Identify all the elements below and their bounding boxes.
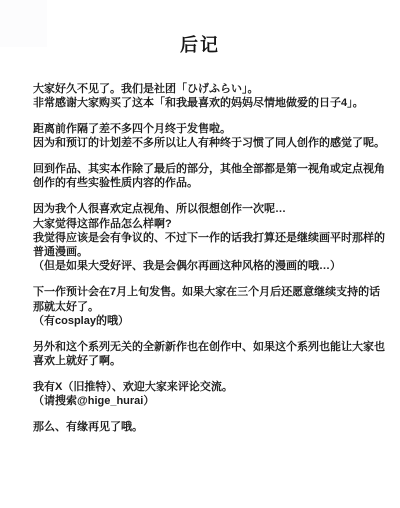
paragraph: 我有X（旧推特）、欢迎大家来评论交流。（请搜索@hige_hurai） [33,380,380,409]
paragraph: 那么、有缘再见了哦。 [33,420,380,434]
text-line: （有cosplay的哦） [33,314,380,328]
text-line: （但是如果大受好评、我是会偶尔再画这种风格的漫画的哦…） [33,259,380,273]
paragraph: 大家好久不见了。我们是社团「ひげふらい」。非常感谢大家购买了这本「和我最喜欢的妈… [33,82,380,111]
afterword-body: 大家好久不见了。我们是社团「ひげふらい」。非常感谢大家购买了这本「和我最喜欢的妈… [33,82,380,434]
text-line: 因为我个人很喜欢定点视角、所以很想创作一次呢… [33,202,380,216]
text-line: 我觉得应该是会有争议的、不过下一作的话我打算还是继续画平时那样的 [33,231,380,245]
text-line: 普通漫画。 [33,245,380,259]
text-line: （请搜索@hige_hurai） [33,394,380,408]
afterword-page: 后记 大家好久不见了。我们是社团「ひげふらい」。非常感谢大家购买了这本「和我最喜… [0,0,400,508]
paragraph: 另外和这个系列无关的全新新作也在创作中、如果这个系列也能让大家也喜欢上就好了啊。 [33,340,380,369]
text-line: 另外和这个系列无关的全新新作也在创作中、如果这个系列也能让大家也 [33,340,380,354]
text-line: 距离前作隔了差不多四个月终于发售啦。 [33,122,380,136]
page-title: 后记 [0,0,400,56]
text-line: 非常感谢大家购买了这本「和我最喜欢的妈妈尽情地做爱的日子4」。 [33,96,380,110]
text-line: 创作的有些实验性质内容的作品。 [33,176,380,190]
text-line: 下一作预计会在7月上旬发售。如果大家在三个月后还愿意继续支持的话 [33,285,380,299]
text-line: 大家觉得这部作品怎么样啊? [33,217,380,231]
text-line: 那么、有缘再见了哦。 [33,420,380,434]
scan-artifact [0,0,47,47]
text-line: 回到作品、其实本作除了最后的部分，其他全部都是第一视角或定点视角 [33,162,380,176]
text-line: 那就太好了。 [33,300,380,314]
paragraph: 因为我个人很喜欢定点视角、所以很想创作一次呢…大家觉得这部作品怎么样啊?我觉得应… [33,202,380,273]
paragraph: 下一作预计会在7月上旬发售。如果大家在三个月后还愿意继续支持的话那就太好了。（有… [33,285,380,328]
paragraph: 回到作品、其实本作除了最后的部分，其他全部都是第一视角或定点视角创作的有些实验性… [33,162,380,191]
paragraph: 距离前作隔了差不多四个月终于发售啦。因为和预订的计划差不多所以让人有种终于习惯了… [33,122,380,151]
text-line: 我有X（旧推特）、欢迎大家来评论交流。 [33,380,380,394]
text-line: 喜欢上就好了啊。 [33,354,380,368]
text-line: 大家好久不见了。我们是社团「ひげふらい」。 [33,82,380,96]
text-line: 因为和预订的计划差不多所以让人有种终于习惯了同人创作的感觉了呢。 [33,136,380,150]
